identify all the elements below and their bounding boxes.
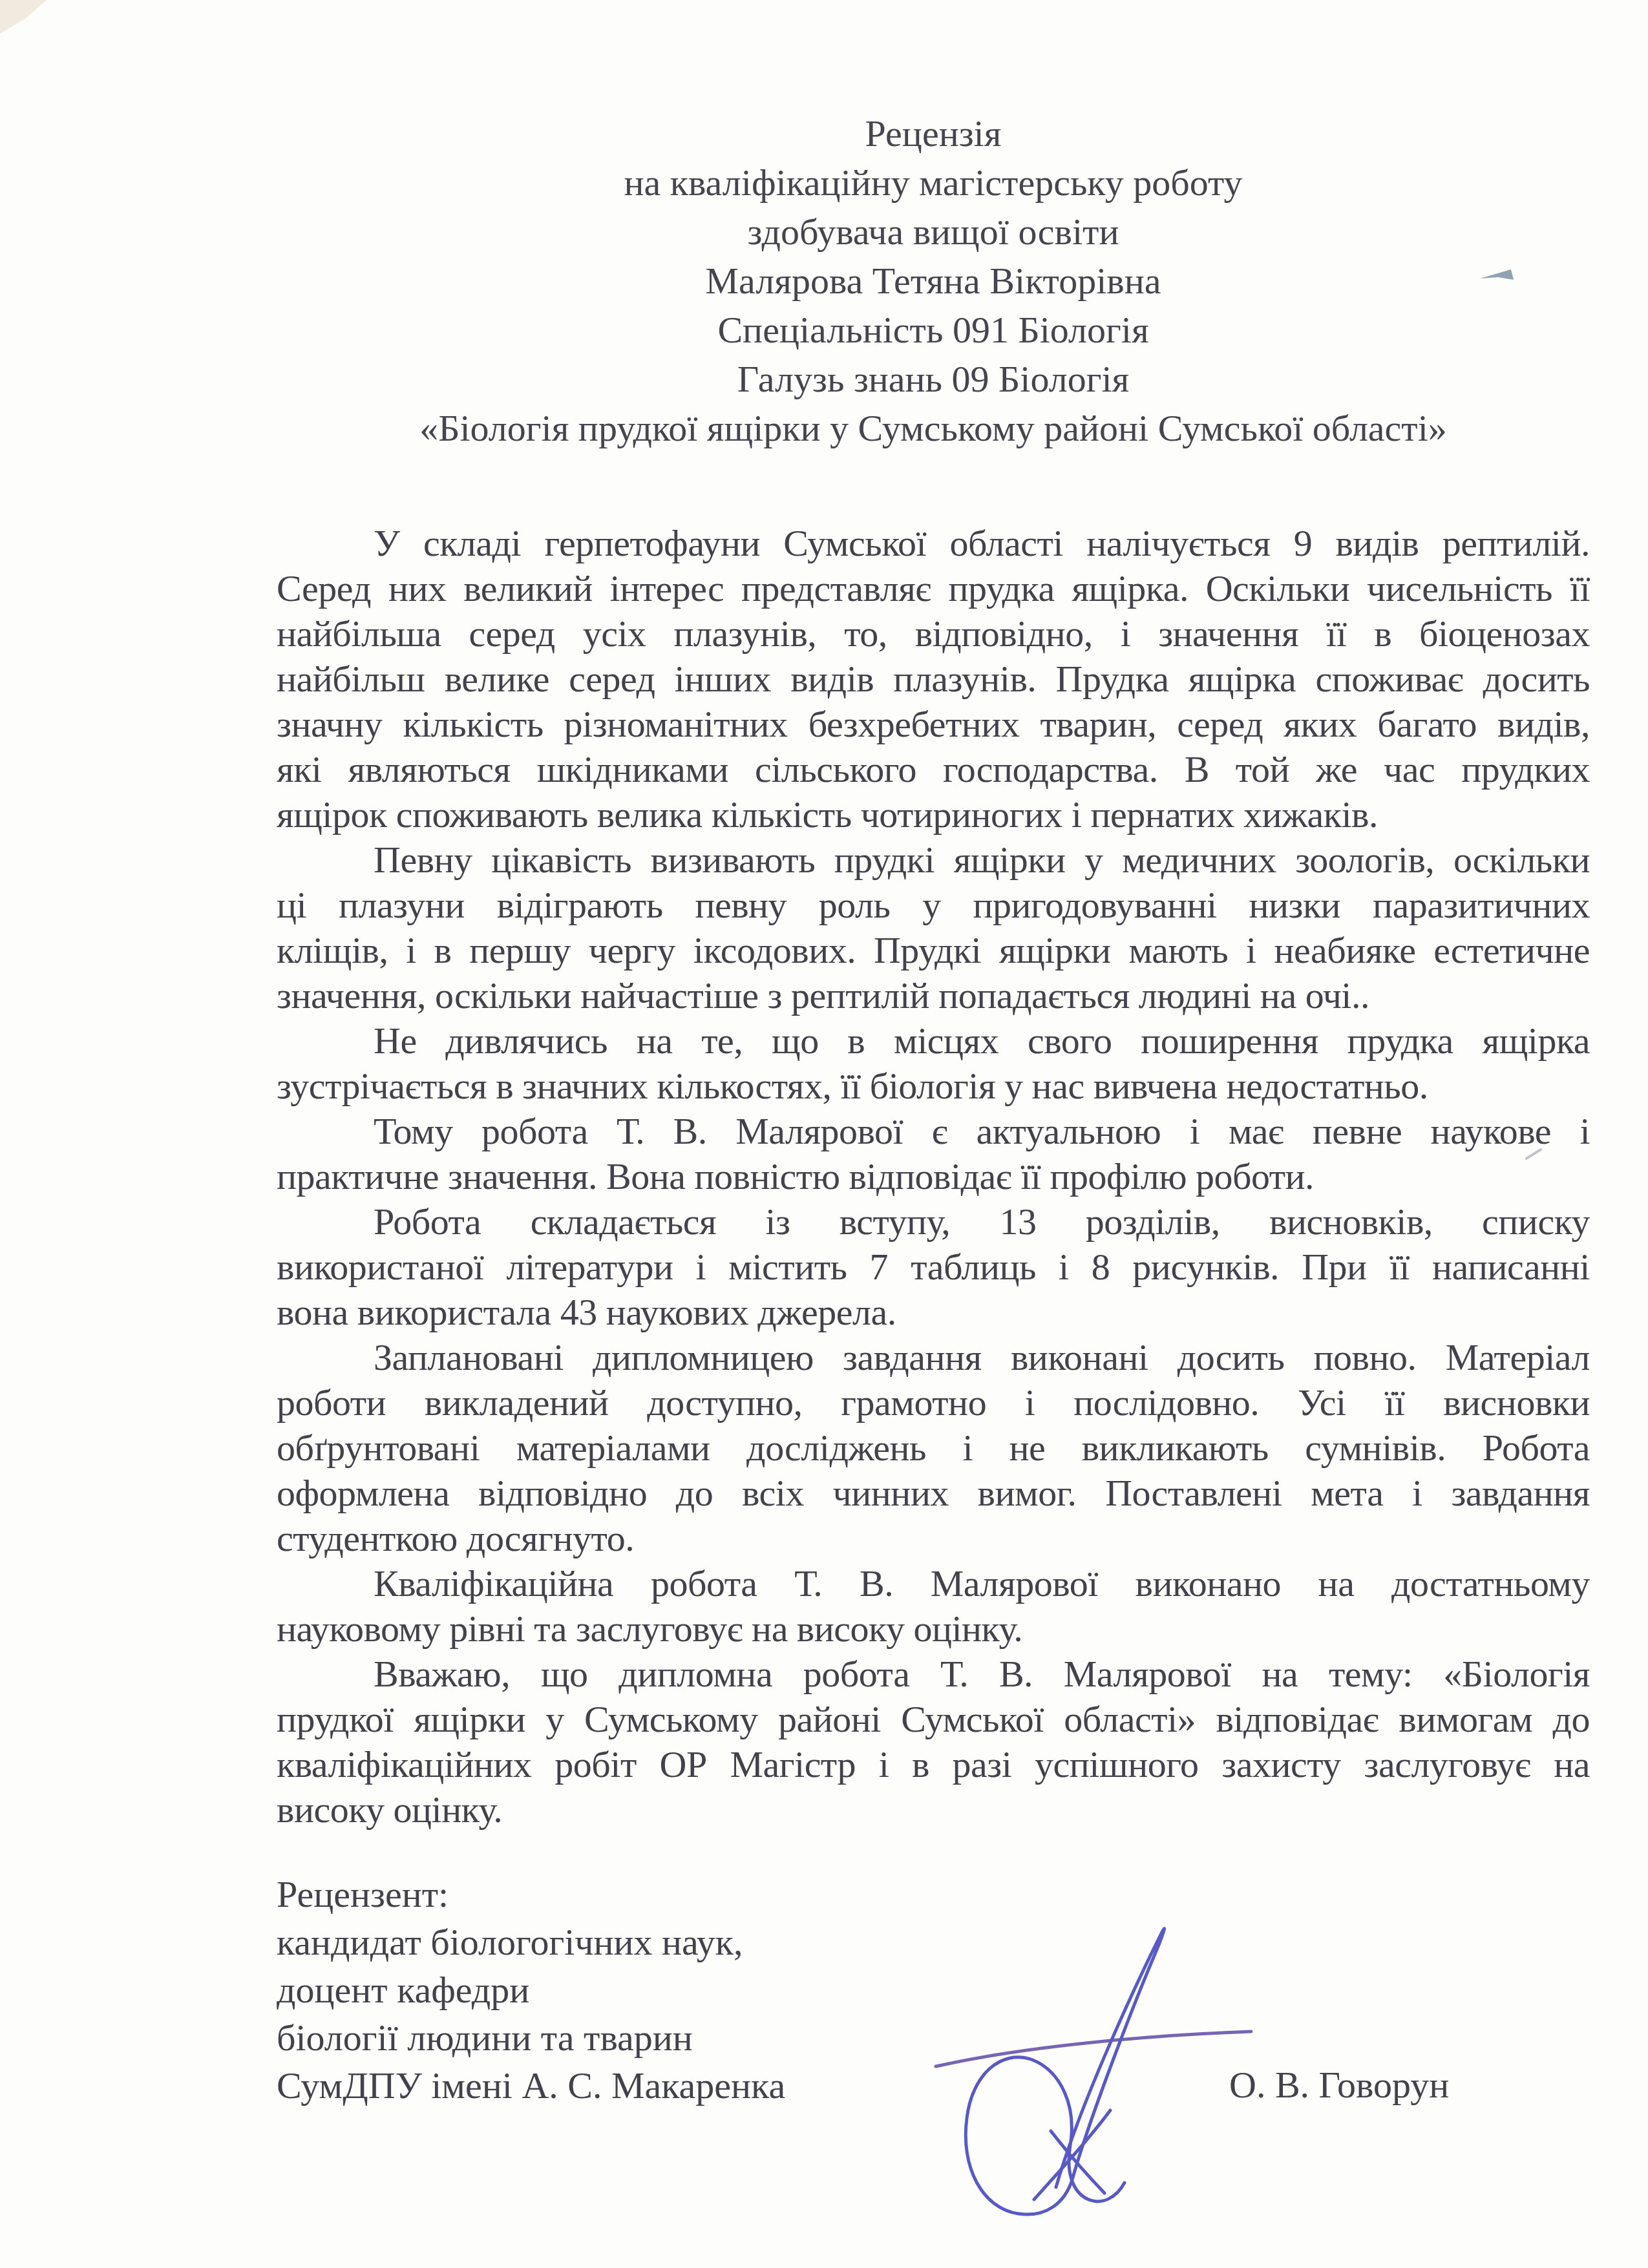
review-document-page: Рецензіяна кваліфікаційну магістерську р… <box>0 0 1648 2268</box>
reviewer-credentials-line: біології людини та тварин <box>277 2014 785 2062</box>
body-text-line: Тому робота Т. В. Малярової є актуальною… <box>277 1109 1590 1154</box>
signer-name: О. В. Говорун <box>1229 2061 1449 2109</box>
body-text-line: високу оцінку. <box>277 1787 1590 1832</box>
body-text-line: ці плазуни відіграють певну роль у приго… <box>277 883 1590 928</box>
body-text-line: кваліфікаційних робіт ОР Магістр і в раз… <box>277 1742 1590 1787</box>
body-text-line: Заплановані дипломницею завдання виконан… <box>277 1335 1590 1380</box>
scan-artifact-tick <box>1479 268 1517 288</box>
body-text-line: роботи викладений доступно, грамотно і п… <box>277 1380 1590 1425</box>
body-text-line: науковому рівні та заслуговує на високу … <box>277 1606 1590 1652</box>
body-text-line: Певну цікавість визивають прудкі ящірки … <box>277 837 1590 883</box>
title-line: Спеціальність 091 Біологія <box>277 306 1590 355</box>
body-text-line: Вважаю, що дипломна робота Т. В. Маляров… <box>277 1652 1590 1697</box>
body-text-line: Не дивлячись на те, що в місцях свого по… <box>277 1018 1590 1064</box>
reviewer-credentials-line: доцент кафедри <box>277 1966 785 2014</box>
body-text-line: студенткою досягнуто. <box>277 1516 1590 1561</box>
body-text-line: вона використала 43 наукових джерела. <box>277 1290 1590 1335</box>
title-line: Малярова Тетяна Вікторівна <box>277 257 1590 306</box>
body-text-line: кліщів, і в першу чергу іксодових. Прудк… <box>277 928 1590 973</box>
body-text-line: Серед них великий інтерес представляє пр… <box>277 566 1590 611</box>
title-line: здобувача вищої освіти <box>277 207 1590 257</box>
body-text-line: У складі герпетофауни Сумської області н… <box>277 521 1590 566</box>
body-text-line: Робота складається із вступу, 13 розділі… <box>277 1199 1590 1244</box>
reviewer-credentials-line: кандидат біологогічних наук, <box>277 1918 785 1966</box>
body-text-line: найбільша серед усіх плазунів, то, відпо… <box>277 611 1590 656</box>
body-block: У складі герпетофауни Сумської області н… <box>277 521 1590 1832</box>
body-text-line: Кваліфікаційна робота Т. В. Малярової ви… <box>277 1561 1590 1606</box>
scan-artifact-top-left <box>0 0 47 34</box>
title-line: на кваліфікаційну магістерську роботу <box>277 158 1590 207</box>
handwritten-signature-ink <box>918 1893 1280 2229</box>
body-text-line: значну кількість різноманітних безхребет… <box>277 702 1590 747</box>
body-text-line: використаної літератури і містить 7 табл… <box>277 1244 1590 1290</box>
body-text-line: оформлена відповідно до всіх чинних вимо… <box>277 1471 1590 1516</box>
title-block: Рецензіяна кваліфікаційну магістерську р… <box>277 109 1590 453</box>
reviewer-credentials-line: СумДПУ імені А. С. Макаренка <box>277 2062 785 2110</box>
body-text-line: найбільш велике серед інших видів плазун… <box>277 656 1590 702</box>
title-line: Рецензія <box>277 109 1590 158</box>
title-line: Галузь знань 09 Біологія <box>277 355 1590 404</box>
body-text-line: значення, оскільки найчастіше з рептилій… <box>277 973 1590 1018</box>
body-text-line: обґрунтовані матеріалами досліджень і не… <box>277 1425 1590 1471</box>
signature-block: Рецензент:кандидат біологогічних наук,до… <box>277 1871 785 2110</box>
body-text-line: ящірок споживають велика кількість чотир… <box>277 792 1590 837</box>
body-text-line: практичне значення. Вона повністю відпов… <box>277 1154 1590 1199</box>
reviewer-label: Рецензент: <box>277 1871 785 1918</box>
body-text-line: прудкої ящірки у Сумському районі Сумськ… <box>277 1697 1590 1742</box>
body-text-line: зустрічається в значних кількостях, її б… <box>277 1064 1590 1109</box>
body-text-line: які являються шкідниками сільського госп… <box>277 747 1590 792</box>
title-line: «Біологія прудкої ящірки у Сумському рай… <box>277 404 1590 453</box>
